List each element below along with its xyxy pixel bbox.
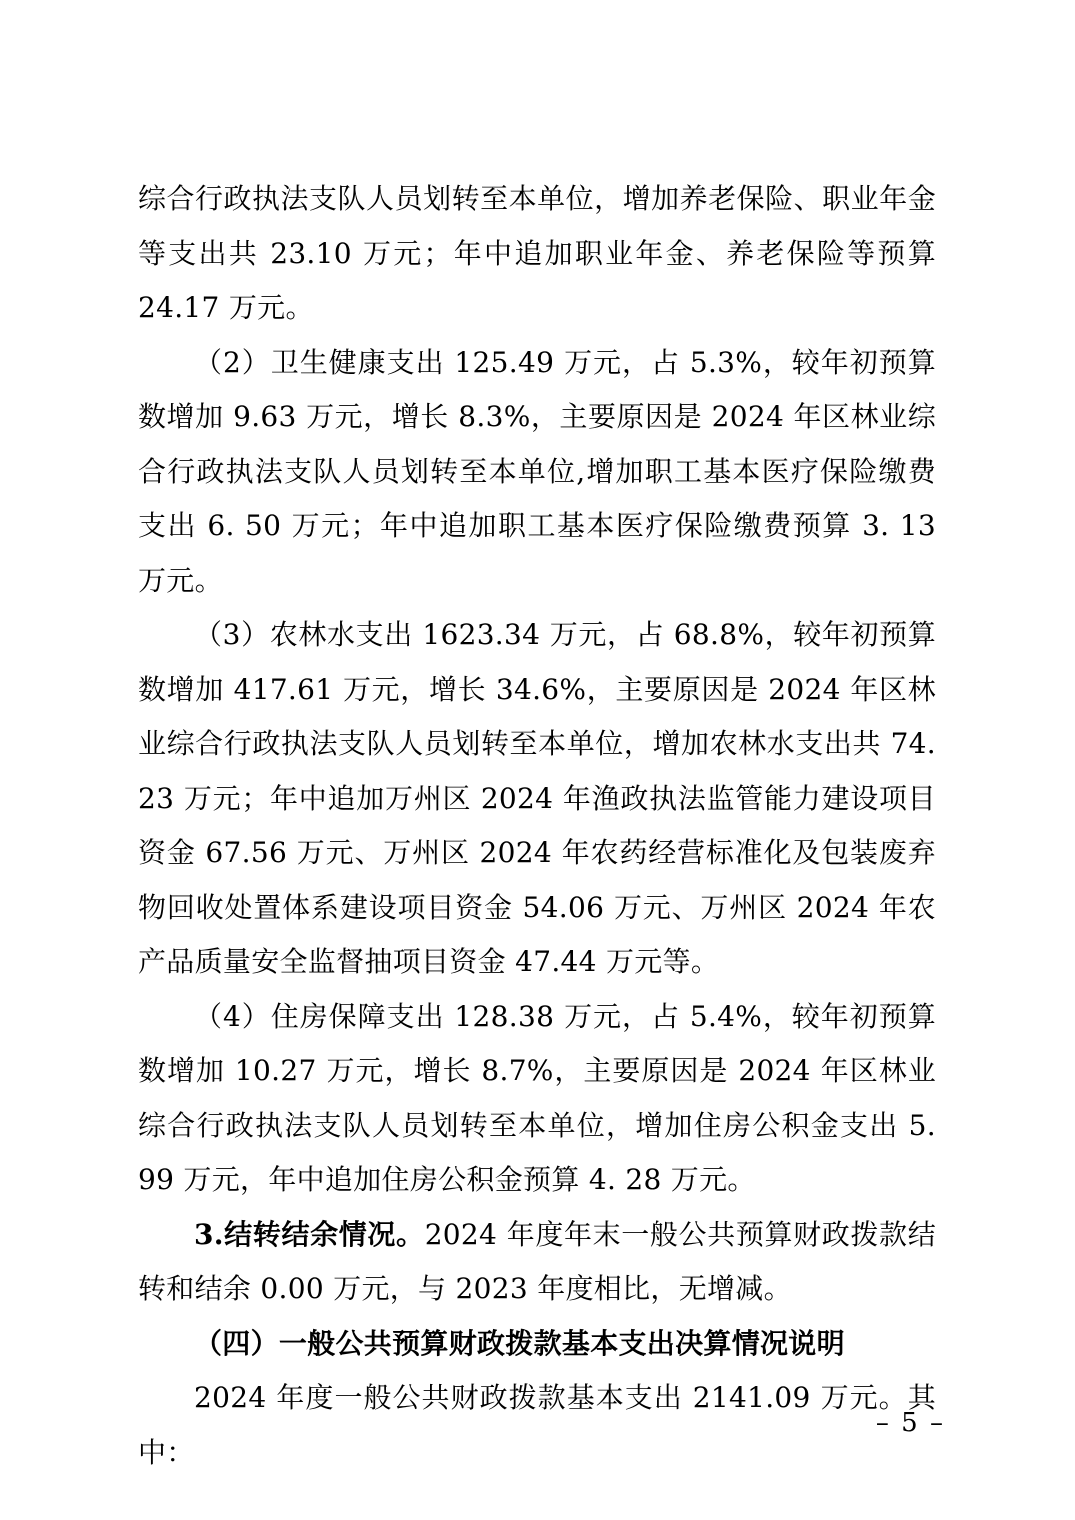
document-body: 综合行政执法支队人员划转至本单位，增加养老保险、职业年金等支出共 23.10 万…: [138, 172, 936, 1480]
paragraph-basic-expenditure-total: 2024 年度一般公共财政拨款基本支出 2141.09 万元。其中：: [138, 1371, 936, 1480]
paragraph-carryover-balance: 3.结转结余情况。2024 年度年末一般公共预算财政拨款结转和结余 0.00 万…: [138, 1208, 936, 1317]
paragraph-pension-continuation: 综合行政执法支队人员划转至本单位，增加养老保险、职业年金等支出共 23.10 万…: [138, 172, 936, 336]
carryover-balance-bold-lead: 3.结转结余情况。: [194, 1218, 425, 1251]
document-page: 综合行政执法支队人员划转至本单位，增加养老保险、职业年金等支出共 23.10 万…: [0, 0, 1075, 1520]
paragraph-agriculture-forestry-water-expenditure: （3）农林水支出 1623.34 万元，占 68.8%，较年初预算数增加 417…: [138, 608, 936, 990]
paragraph-health-expenditure: （2）卫生健康支出 125.49 万元，占 5.3%，较年初预算数增加 9.63…: [138, 336, 936, 609]
page-number: – 5 –: [876, 1408, 945, 1438]
section-heading-basic-expenditure: （四）一般公共预算财政拨款基本支出决算情况说明: [138, 1317, 936, 1372]
paragraph-housing-security-expenditure: （4）住房保障支出 128.38 万元，占 5.4%，较年初预算数增加 10.2…: [138, 990, 936, 1208]
